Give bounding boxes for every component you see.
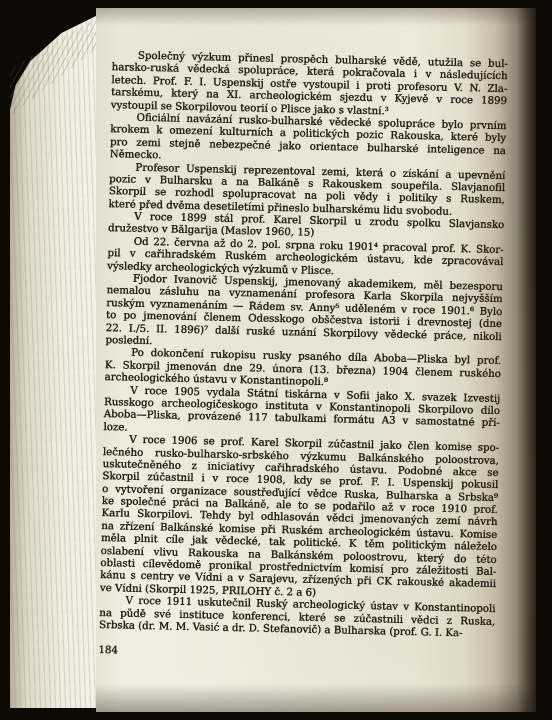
page-stack-fore-edge — [10, 12, 104, 708]
paragraph: Společný výzkum přinesl prospěch bulhars… — [111, 50, 508, 121]
page-number: 184 — [98, 645, 494, 666]
paragraph: V roce 1906 se prof. Karel Škorpil zúčas… — [100, 434, 500, 604]
paragraph: V roce 1905 vydala Státní tiskárna v Sof… — [103, 384, 500, 443]
page-text: Společný výzkum přinesl prospěch bulhars… — [98, 50, 508, 666]
paragraph: Profesor Uspenskij reprezentoval zemi, k… — [108, 161, 505, 220]
paragraph: Oficiální navázání rusko-bulharské vědec… — [109, 112, 506, 171]
paragraph: V roce 1911 uskutečnil Ruský archeologic… — [99, 595, 496, 641]
book-page: Společný výzkum přinesl prospěch bulhars… — [96, 8, 536, 712]
paragraph: Fjodor Ivanovič Uspenskij, jmenovaný aka… — [105, 273, 503, 356]
book-photo: Společný výzkum přinesl prospěch bulhars… — [0, 0, 552, 720]
